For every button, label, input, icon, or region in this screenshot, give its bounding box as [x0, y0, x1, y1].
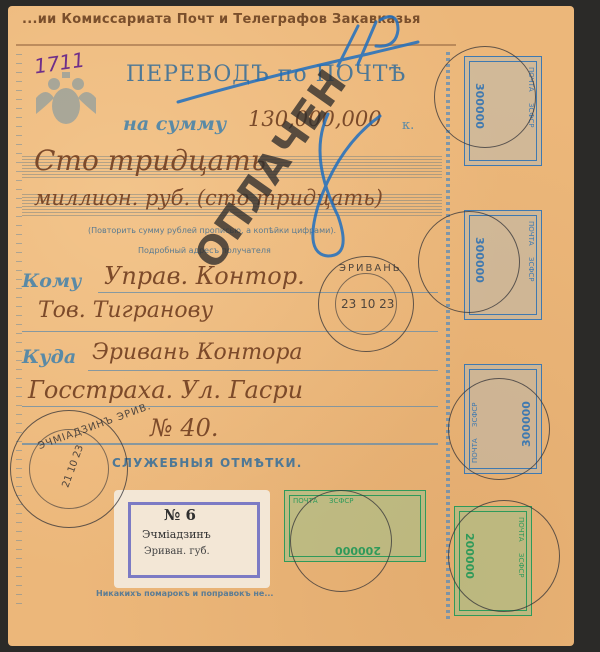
- destination-label: Куда: [22, 346, 76, 368]
- postmark-on-stamp-2: [418, 211, 520, 313]
- sum-kopeks: к.: [402, 118, 414, 133]
- amount-words-2: миллион. руб. (сто тридцать): [34, 186, 383, 210]
- footer-note: Никакихъ помарокъ и поправокъ не...: [96, 589, 273, 598]
- registration-town: Эчміадзинъ: [142, 528, 211, 541]
- recipient-label: Кому: [22, 270, 81, 292]
- left-edge-scallop: [16, 46, 22, 606]
- double-eagle-emblem-icon: [32, 68, 100, 136]
- postmark-on-stamp-1: [434, 46, 536, 148]
- registration-province: Эриван. губ.: [144, 546, 210, 557]
- destination-rule-1: [88, 370, 438, 371]
- recipient-line-2: Тов. Тигранову: [38, 298, 213, 323]
- postmark-on-stamp-4: [448, 500, 560, 612]
- destination-line-1: Эривань Контора: [92, 340, 303, 365]
- destination-line-3: № 40.: [150, 414, 219, 442]
- recipient-line-1: Управ. Контор.: [104, 262, 305, 290]
- money-order-card: ...ии Комиссариата Почт и Телеграфов Зак…: [8, 6, 574, 646]
- destination-rule-2: [22, 406, 438, 407]
- header-imprint: ...ии Комиссариата Почт и Телеграфов Зак…: [22, 12, 421, 27]
- postmark-on-stamp-5: [290, 490, 392, 592]
- sum-label: на сумму: [123, 113, 226, 135]
- form-title: ПЕРЕВОДЪ по ПОЧТѢ: [126, 62, 406, 87]
- postmark-etchmiadzin: ЭЧМІАДЗИНЪ ЭРИВ. 21 10 23: [10, 410, 128, 528]
- destination-line-2: Госстраха. Ул. Гасри: [28, 376, 303, 404]
- postmark-erivan: ЭРИВАНЬ 23 10 23: [318, 256, 414, 352]
- postmark-on-stamp-3: [448, 378, 550, 480]
- perforation-line: [446, 52, 450, 622]
- registration-number: № 6: [164, 506, 196, 524]
- amount-words-1: Сто тридцать: [34, 144, 266, 177]
- header-rule: [16, 44, 456, 46]
- registration-label: № 6 Эчміадзинъ Эриван. губ.: [116, 492, 268, 586]
- service-marks-heading: СЛУЖЕБНЫЯ ОТМѢТКИ.: [112, 456, 303, 470]
